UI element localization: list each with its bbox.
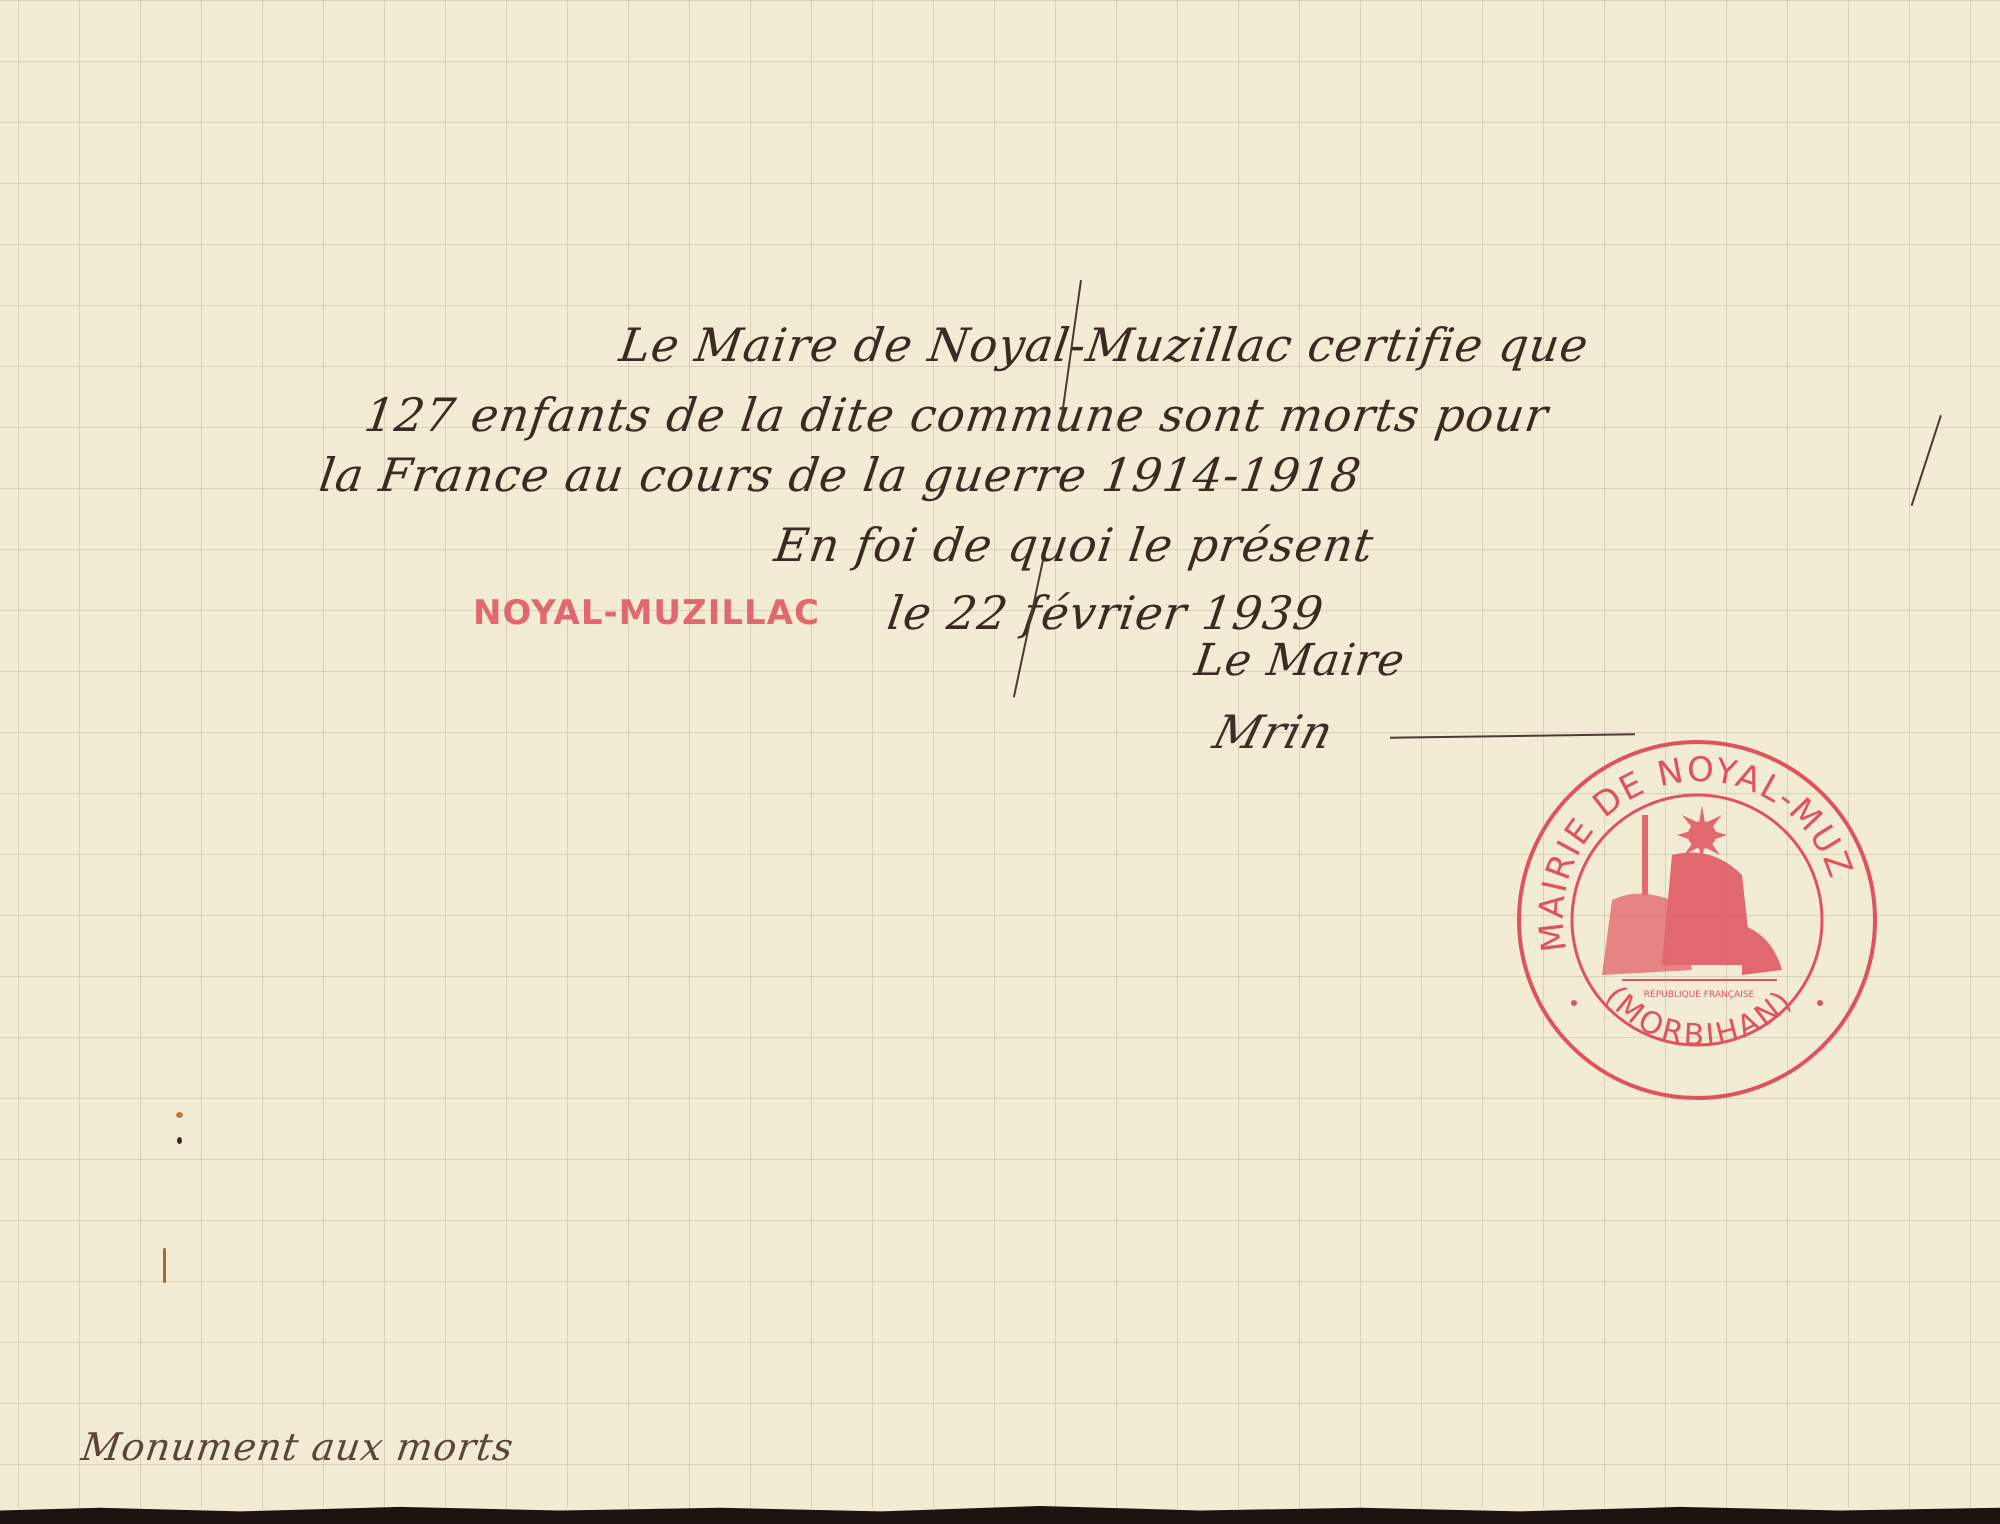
text-line-4: En foi de quoi le présent	[771, 518, 1377, 572]
seal-inner-caption: RÉPUBLIQUE FRANÇAISE	[1644, 988, 1755, 1000]
ink-spot	[177, 1137, 182, 1144]
ink-spot	[176, 1112, 183, 1118]
date-line: le 22 février 1939	[884, 586, 1327, 640]
official-seal: MAIRIE DE NOYAL-MUZILLAC (MORBIHAN) RÉPU…	[1512, 735, 1882, 1105]
rubber-stamp-commune: NOYAL-MUZILLAC	[473, 593, 820, 633]
footnote-monument: Monument aux morts	[79, 1425, 517, 1469]
text-line-2: 127 enfants de la dite commune sont mort…	[361, 388, 1552, 442]
page-bottom-edge	[0, 1506, 2000, 1524]
text-line-3: la France au cours de la guerre 1914-191…	[316, 448, 1365, 502]
mayor-title: Le Maire	[1191, 635, 1408, 686]
ink-mark	[163, 1248, 166, 1283]
signature: Mrin	[1208, 705, 1340, 759]
text-line-1: Le Maire de Noyal-Muzillac certifie que	[616, 318, 1592, 372]
